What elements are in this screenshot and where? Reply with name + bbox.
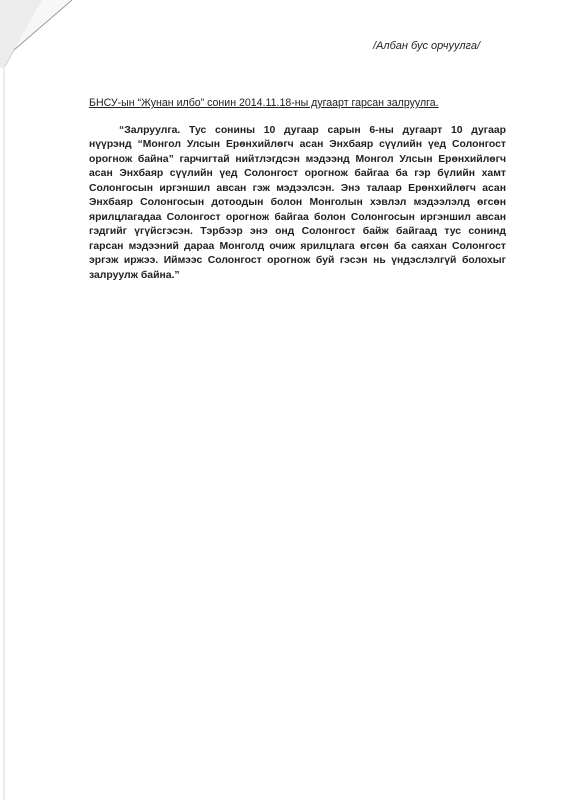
- body-line: асан Энхбаяр сүүлийн үед Солонгост орогн…: [89, 167, 506, 181]
- body-line: ярилцлагадаа Солонгост орогнож байгаа бо…: [89, 211, 506, 225]
- body-line: Энхбаяр Солонгосын дотоодын болон Монгол…: [89, 196, 506, 210]
- body-line: орогнож байна” гарчигтай нийтлэгдсэн мэд…: [89, 153, 506, 167]
- page-fold-corner: [0, 0, 75, 70]
- document-heading: БНСУ-ын “Жунан илбо” сонин 2014.11.18-ны…: [89, 97, 439, 109]
- body-line: нүүрэнд “Монгол Улсын Ерөнхийлөгч асан Э…: [89, 138, 506, 152]
- translation-note: /Албан бус орчуулга/: [373, 40, 480, 52]
- body-line: “Залруулга. Тус сонины 10 дугаар сарын 6…: [89, 124, 506, 138]
- body-line: гэдгийг үгүйсгэсэн. Тэрбээр энэ онд Соло…: [89, 225, 506, 239]
- body-line: Солонгосын иргэншил авсан гэж мэдээлсэн.…: [89, 182, 506, 196]
- page-edge-shadow: [3, 0, 5, 800]
- body-line: гарсан мэдээний дараа Монголд очиж ярилц…: [89, 240, 506, 254]
- body-line: залруулж байна.”: [89, 269, 506, 283]
- document-body: “Залруулга. Тус сонины 10 дугаар сарын 6…: [89, 124, 506, 283]
- body-line: эргэж иржээ. Иймээс Солонгост орогнож бу…: [89, 254, 506, 268]
